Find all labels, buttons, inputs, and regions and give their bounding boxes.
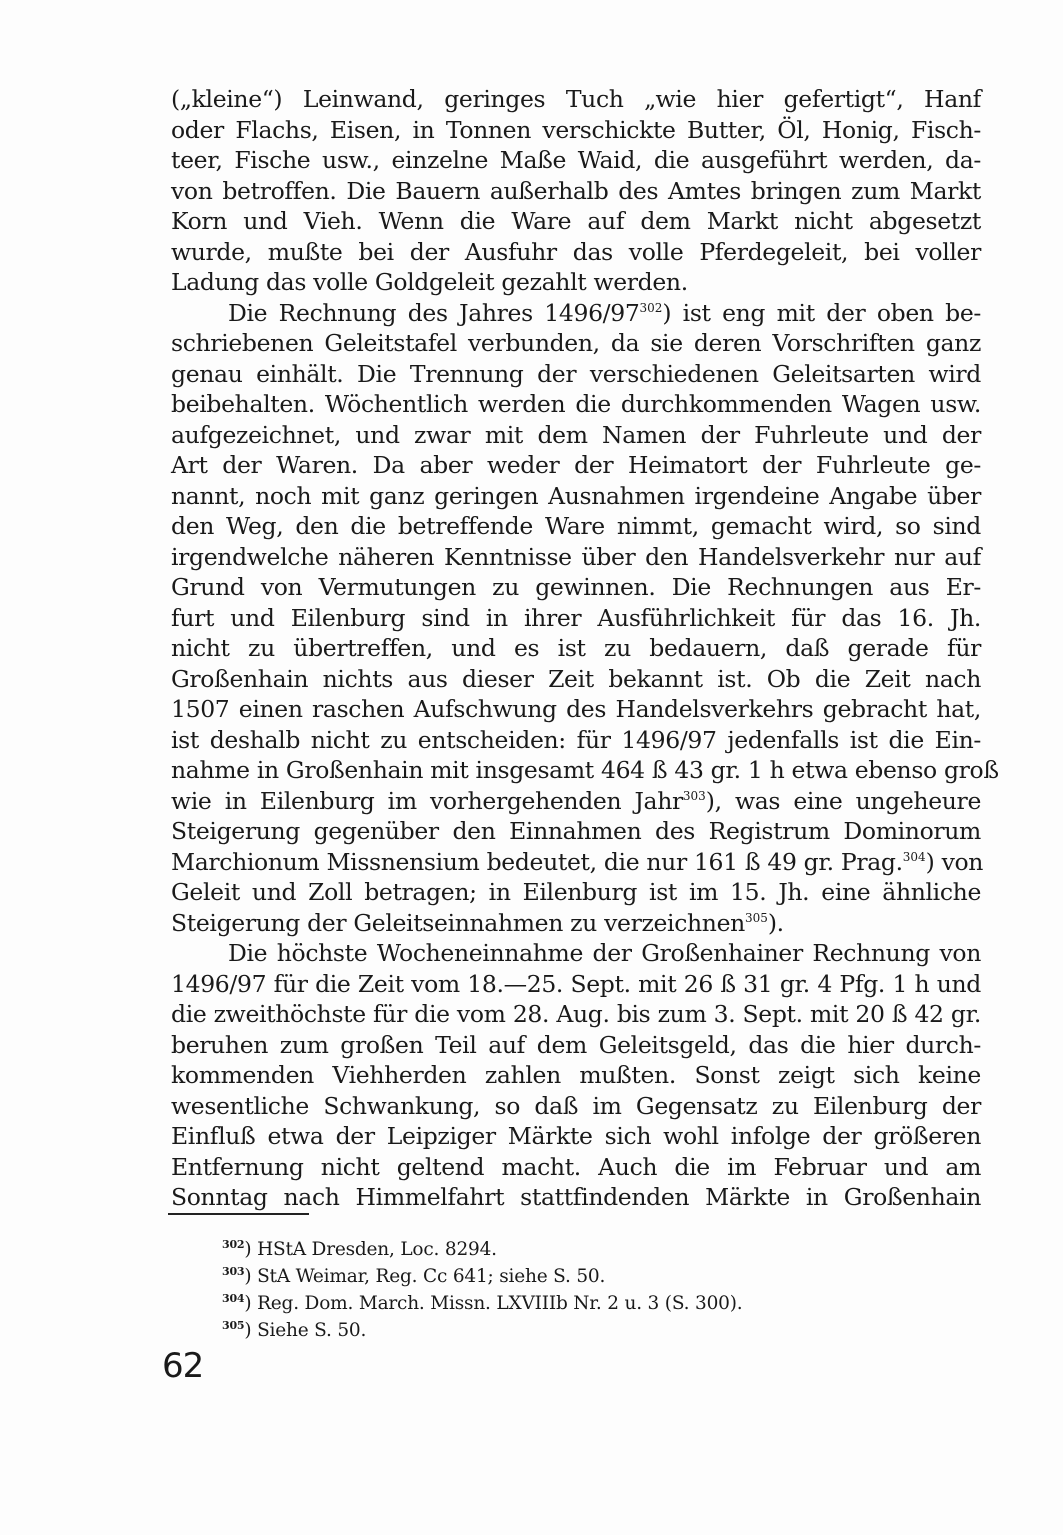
text-line: wesentliche Schwankung, so daß im Gegens…	[171, 1091, 981, 1122]
text-line: Art der Waren. Da aber weder der Heimato…	[171, 450, 981, 481]
paragraph-2: Die Rechnung des Jahres 1496/97302) ist …	[171, 298, 981, 939]
text-line: Steigerung gegenüber den Einnahmen des R…	[171, 816, 981, 847]
page-number: 62	[162, 1343, 203, 1389]
text-line: oder Flachs, Eisen, in Tonnen verschickt…	[171, 115, 981, 146]
footnote-number: 303	[222, 1265, 244, 1278]
text-line: die zweithöchste für die vom 28. Aug. bi…	[171, 999, 981, 1030]
body-text: („kleine“) Leinwand, geringes Tuch „wie …	[171, 84, 981, 1213]
footnote-number: 302	[222, 1238, 244, 1251]
footnote-303: 303) StA Weimar, Reg. Cc 641; siehe S. 5…	[222, 1263, 922, 1290]
text-line: Steigerung der Geleitseinnahmen zu verze…	[171, 908, 981, 939]
footnote-text: Siehe S. 50.	[257, 1320, 366, 1341]
text-line: Marchionum Missnensium bedeutet, die nur…	[171, 847, 981, 878]
text-line: beibehalten. Wöchentlich werden die durc…	[171, 389, 981, 420]
text-line: 1507 einen raschen Aufschwung des Handel…	[171, 694, 981, 725]
footnotes: 302) HStA Dresden, Loc. 8294. 303) StA W…	[222, 1236, 922, 1344]
footnote-305: 305) Siehe S. 50.	[222, 1317, 922, 1344]
text-line: Ladung das volle Goldgeleit gezahlt werd…	[171, 267, 981, 298]
text-line: furt und Eilenburg sind in ihrer Ausführ…	[171, 603, 981, 634]
footnote-number: 304	[222, 1292, 244, 1305]
text-line: Die höchste Wocheneinnahme der Großenhai…	[171, 938, 981, 969]
footnote-text: Reg. Dom. March. Missn. LXVIIIb Nr. 2 u.…	[257, 1293, 742, 1314]
text-line: wurde, mußte bei der Ausfuhr das volle P…	[171, 237, 981, 268]
text-line: 1496/97 für die Zeit vom 18.—25. Sept. m…	[171, 969, 981, 1000]
paragraph-1: („kleine“) Leinwand, geringes Tuch „wie …	[171, 84, 981, 298]
text-line: nannt, noch mit ganz geringen Ausnahmen …	[171, 481, 981, 512]
text-line: („kleine“) Leinwand, geringes Tuch „wie …	[171, 84, 981, 115]
text-line: ist deshalb nicht zu entscheiden: für 14…	[171, 725, 981, 756]
book-page: („kleine“) Leinwand, geringes Tuch „wie …	[0, 0, 1063, 1535]
text-line: aufgezeichnet, und zwar mit dem Namen de…	[171, 420, 981, 451]
text-line: Einfluß etwa der Leipziger Märkte sich w…	[171, 1121, 981, 1152]
text-line: nicht zu übertreffen, und es ist zu beda…	[171, 633, 981, 664]
footnote-ref-303[interactable]: 303	[683, 789, 706, 803]
footnote-302: 302) HStA Dresden, Loc. 8294.	[222, 1236, 922, 1263]
footnote-304: 304) Reg. Dom. March. Missn. LXVIIIb Nr.…	[222, 1290, 922, 1317]
footnote-ref-302[interactable]: 302	[639, 301, 662, 315]
text-line: irgendwelche näheren Kenntnisse über den…	[171, 542, 981, 573]
text-line: genau einhält. Die Trennung der verschie…	[171, 359, 981, 390]
footnote-number: 305	[222, 1319, 244, 1332]
text-line: wie in Eilenburg im vorhergehenden Jahr3…	[171, 786, 981, 817]
text-line: Sonntag nach Himmelfahrt stattfindenden …	[171, 1182, 981, 1213]
footnote-text: StA Weimar, Reg. Cc 641; siehe S. 50.	[257, 1266, 605, 1287]
text-line: teer, Fische usw., einzelne Maße Waid, d…	[171, 145, 981, 176]
text-line: Grund von Vermutungen zu gewinnen. Die R…	[171, 572, 981, 603]
text-line: Geleit und Zoll betragen; in Eilenburg i…	[171, 877, 981, 908]
text-line: schriebenen Geleitstafel verbunden, da s…	[171, 328, 981, 359]
text-line: nahme in Großenhain mit insgesamt 464 ß …	[171, 755, 981, 786]
text-line: Die Rechnung des Jahres 1496/97302) ist …	[171, 298, 981, 329]
text-line: den Weg, den die betreffende Ware nimmt,…	[171, 511, 981, 542]
footnote-separator-rule	[168, 1213, 309, 1215]
text-line: kommenden Viehherden zahlen mußten. Sons…	[171, 1060, 981, 1091]
footnote-text: HStA Dresden, Loc. 8294.	[257, 1239, 497, 1260]
text-line: beruhen zum großen Teil auf dem Geleitsg…	[171, 1030, 981, 1061]
footnote-ref-305[interactable]: 305	[745, 911, 768, 925]
text-line: von betroffen. Die Bauern außerhalb des …	[171, 176, 981, 207]
footnote-ref-304[interactable]: 304	[903, 850, 926, 864]
text-line: Entfernung nicht geltend macht. Auch die…	[171, 1152, 981, 1183]
paragraph-3: Die höchste Wocheneinnahme der Großenhai…	[171, 938, 981, 1213]
text-line: Großenhain nichts aus dieser Zeit bekann…	[171, 664, 981, 695]
text-line: Korn und Vieh. Wenn die Ware auf dem Mar…	[171, 206, 981, 237]
